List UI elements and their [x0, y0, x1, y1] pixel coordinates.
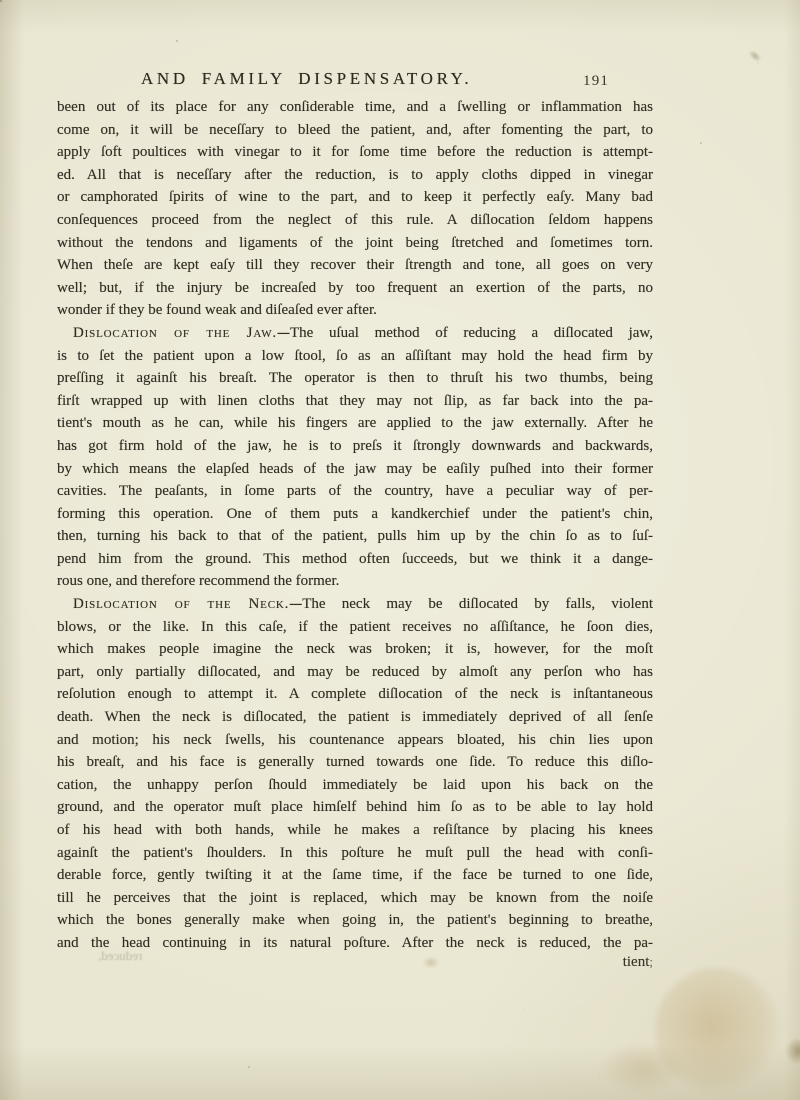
catchword-text: tient: [623, 954, 650, 970]
page-corner-mark: [786, 1038, 800, 1064]
text-line: then, turning his back to that of the pa…: [57, 525, 653, 548]
text-line: which the bones generally make when goin…: [57, 909, 653, 932]
text-line: preſſing it againſt his breaſt. The oper…: [57, 367, 653, 390]
text-line: tient's mouth as he can, while his finge…: [57, 412, 653, 435]
text-line: his breaſt, and his face is generally tu…: [57, 751, 653, 774]
text-line: of his head with both hands, while he ma…: [57, 819, 653, 842]
text-line: which makes people imagine the neck was …: [57, 638, 653, 661]
text-line: and motion; his neck ſwells, his counten…: [57, 729, 653, 752]
text-line: or camphorated ſpirits of wine to the pa…: [57, 186, 653, 209]
text-line: ed. All that is neceſſary after the redu…: [57, 164, 653, 187]
text-line: cavities. The peaſants, in ſome parts of…: [57, 480, 653, 503]
line-text: The neck may be diſlocated by falls, vio…: [302, 596, 653, 612]
paragraph-heading: Dislocation of the Jaw.: [73, 325, 277, 341]
text-line: death. When the neck is diſlocated, the …: [57, 706, 653, 729]
line-text: The uſual method of reducing a diſlocate…: [290, 325, 653, 341]
text-line: derable force, gently twiſting it at the…: [57, 864, 653, 887]
catchword-mark: ;: [649, 954, 653, 969]
text-line: Dislocation of the Jaw.---The uſual meth…: [57, 322, 653, 345]
text-line: well; but, if the injury be increaſed by…: [57, 277, 653, 300]
show-through-text: reduced,: [98, 948, 142, 964]
foxing-stain-mid: [600, 1042, 685, 1094]
foxing-stain-large: [655, 968, 780, 1093]
text-line: till he perceives that the joint is repl…: [57, 887, 653, 910]
text-line: pend him from the ground. This method of…: [57, 548, 653, 571]
running-title: AND FAMILY DISPENSATORY.: [141, 69, 472, 89]
heading-dash: ---: [289, 596, 301, 612]
text-line: been out of its place for any conſiderab…: [57, 96, 653, 119]
text-line: by which means the elapſed heads of the …: [57, 458, 653, 481]
text-line: forming this operation. One of them puts…: [57, 503, 653, 526]
text-line: is to ſet the patient upon a low ſtool, …: [57, 345, 653, 368]
text-line: wonder if they be found weak and diſeaſe…: [57, 299, 653, 322]
heading-dash: ---: [277, 325, 289, 341]
text-line: rous one, and therefore recommend the fo…: [57, 570, 653, 593]
text-line: without the tendons and ligaments of the…: [57, 232, 653, 255]
text-line: conſequences proceed from the neglect of…: [57, 209, 653, 232]
catchword: tient;: [57, 954, 653, 971]
text-line: blows, or the like. In this caſe, if the…: [57, 616, 653, 639]
text-line: ground, and the operator muſt place himſ…: [57, 796, 653, 819]
text-line: apply ſoft poultices with vinegar to it …: [57, 141, 653, 164]
paragraph-heading: Dislocation of the Neck.: [73, 596, 289, 612]
text-line: has got firm hold of the jaw, he is to p…: [57, 435, 653, 458]
ink-speck-top-right: [747, 48, 763, 63]
text-line: firſt wrapped up with linen cloths that …: [57, 390, 653, 413]
page-number: 191: [583, 73, 609, 90]
text-line: When theſe are kept eaſy till they recov…: [57, 254, 653, 277]
book-page: AND FAMILY DISPENSATORY. 191 been out of…: [0, 0, 800, 1100]
paper-specks: [0, 0, 2, 2]
body-text: been out of its place for any conſiderab…: [57, 96, 653, 955]
text-line: cation, the unhappy perſon ſhould immedi…: [57, 774, 653, 797]
text-line: come on, it will be neceſſary to bleed t…: [57, 119, 653, 142]
text-line: and the head continuing in its natural p…: [57, 932, 653, 955]
text-line: part, only partially diſlocated, and may…: [57, 661, 653, 684]
text-line: Dislocation of the Neck.---The neck may …: [57, 593, 653, 616]
text-line: againſt the patient's ſhoulders. In this…: [57, 842, 653, 865]
text-line: reſolution enough to attempt it. A compl…: [57, 683, 653, 706]
